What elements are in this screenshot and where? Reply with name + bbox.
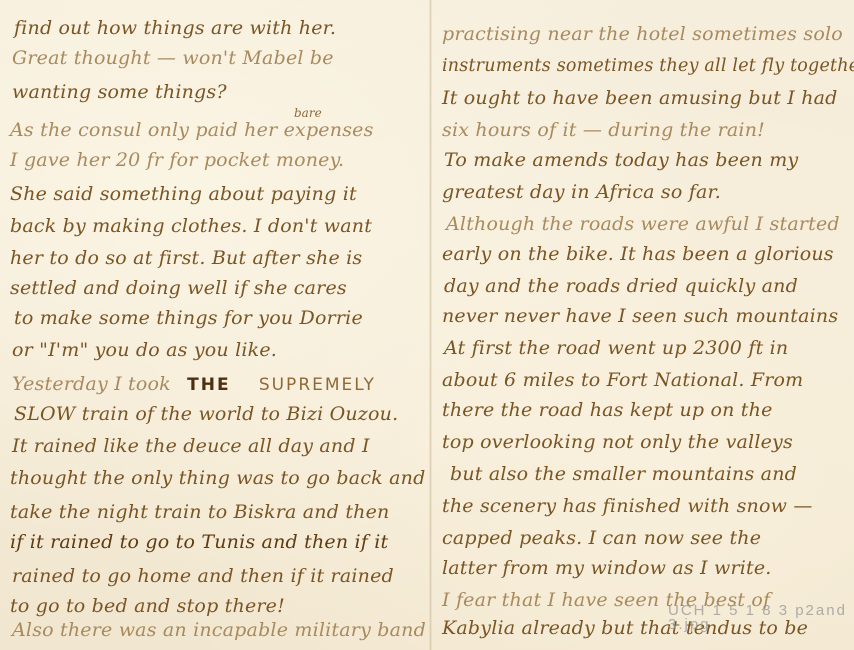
left-line-2: Great thought — won't Mabel be (12, 46, 334, 70)
right-page: practising near the hotel sometimes solo… (432, 0, 854, 650)
left-line-8: her to do so at first. But after she is (10, 246, 362, 270)
left-line-15: thought the only thing was to go back an… (10, 466, 425, 490)
right-line-15: but also the smaller mountains and (450, 462, 797, 486)
left-line-17: if it rained to go to Tunis and then if … (10, 530, 388, 554)
left-line-4: As the consul only paid her expenses (10, 118, 374, 142)
right-line-4: six hours of it — during the rain! (442, 118, 765, 142)
left-line-18: rained to go home and then if it rained (12, 564, 394, 588)
right-line-9: day and the roads dried quickly and (444, 274, 798, 298)
left-line-12-text: Yesterday I took (12, 373, 171, 395)
right-line-16: the scenery has finished with snow — (442, 494, 813, 518)
right-line-7: Although the roads were awful I started (446, 212, 840, 236)
right-line-17: capped peaks. I can now see the (442, 526, 761, 550)
letter-scan: find out how things are with her. Great … (0, 0, 854, 650)
right-line-3: It ought to have been amusing but I had (442, 86, 838, 110)
right-line-18: latter from my window as I write. (442, 556, 772, 580)
caps-supremely: SUPREMELY (259, 375, 376, 395)
left-line-7: back by making clothes. I don't want (10, 214, 372, 238)
right-line-8: early on the bike. It has been a gloriou… (442, 242, 834, 266)
left-line-19: to go to bed and stop there! (10, 594, 285, 618)
left-line-13: SLOW train of the world to Bizi Ouzou. (14, 402, 398, 426)
left-line-12: Yesterday I took THE SUPREMELY (12, 372, 376, 397)
right-line-10: never never have I seen such mountains (442, 304, 838, 328)
left-line-10: to make some things for you Dorrie (14, 306, 363, 330)
left-line-6: She said something about paying it (10, 182, 357, 206)
right-line-6: greatest day in Africa so far. (442, 180, 721, 204)
left-line-20: Also there was an incapable military ban… (12, 618, 426, 642)
caps-the: THE (187, 375, 230, 395)
right-line-12: about 6 miles to Fort National. From (442, 368, 803, 392)
right-line-1: practising near the hotel sometimes solo (442, 22, 843, 46)
archive-watermark: UCH 1 5 1 8 3 p2and3.jpg (668, 604, 854, 632)
left-page: find out how things are with her. Great … (0, 0, 428, 650)
right-line-11: At first the road went up 2300 ft in (444, 336, 788, 360)
left-line-1: find out how things are with her. (14, 16, 336, 40)
right-line-13: there the road has kept up on the (442, 398, 773, 422)
left-line-16: take the night train to Biskra and then (10, 500, 390, 524)
left-line-3: wanting some things? (12, 80, 227, 104)
left-line-11: or "I'm" you do as you like. (12, 338, 277, 362)
right-line-2: instruments sometimes they all let fly t… (442, 54, 854, 78)
left-line-14: It rained like the deuce all day and I (12, 434, 370, 458)
left-line-9: settled and doing well if she cares (10, 276, 347, 300)
right-line-14: top overlooking not only the valleys (442, 430, 793, 454)
left-line-5: I gave her 20 fr for pocket money. (10, 148, 344, 172)
right-line-5: To make amends today has been my (444, 148, 798, 172)
